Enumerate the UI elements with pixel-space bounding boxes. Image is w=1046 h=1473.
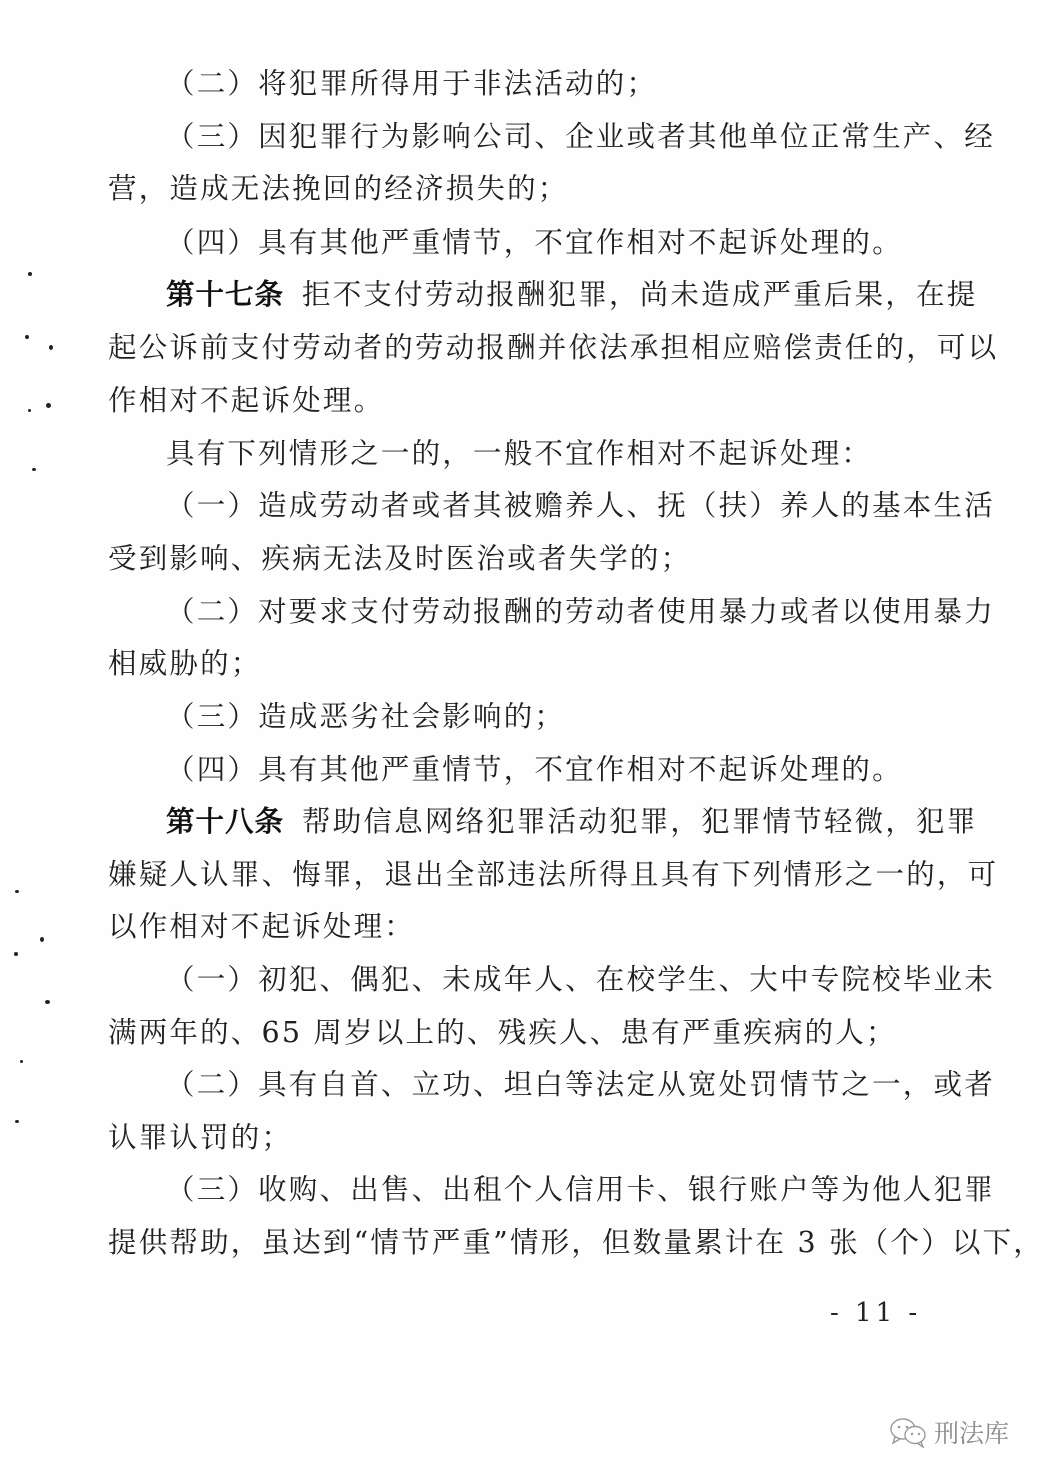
text-line: （二）将犯罪所得用于非法活动的；: [166, 66, 1006, 102]
line-text: 帮助信息网络犯罪活动犯罪，犯罪情节轻微，犯罪: [302, 805, 977, 838]
scan-speck: [32, 468, 36, 471]
text-line: （二）具有自首、立功、坦白等法定从宽处罚情节之一，或者: [166, 1067, 1006, 1103]
scan-speck: [28, 409, 31, 412]
text-line: 认罪认罚的；: [108, 1120, 948, 1156]
line-text: 起公诉前支付劳动者的劳动报酬并依法承担相应赔偿责任的，可以: [108, 331, 998, 364]
article-paragraph-line: 第十七条拒不支付劳动报酬犯罪，尚未造成严重后果，在提: [166, 277, 1006, 313]
page-number: - 11 -: [830, 1298, 921, 1328]
line-text: 认罪认罚的；: [108, 1121, 292, 1154]
text-line: 作相对不起诉处理。: [108, 383, 948, 419]
scan-speck: [20, 1060, 23, 1063]
text-line: （四）具有其他严重情节，不宜作相对不起诉处理的。: [166, 752, 1006, 788]
text-line: 营，造成无法挽回的经济损失的；: [108, 171, 948, 207]
text-line: （三）收购、出售、出租个人信用卡、银行账户等为他人犯罪: [166, 1172, 1006, 1208]
line-text: 满两年的、65 周岁以上的、残疾人、患有严重疾病的人；: [108, 1016, 897, 1049]
watermark: 刑法库: [888, 1414, 1009, 1450]
scan-speck: [40, 937, 44, 942]
text-line: （二）对要求支付劳动报酬的劳动者使用暴力或者以使用暴力: [166, 594, 1006, 630]
text-line: （三）造成恶劣社会影响的；: [166, 699, 1006, 735]
line-text: 作相对不起诉处理。: [108, 384, 384, 417]
line-text: （三）造成恶劣社会影响的；: [166, 700, 565, 733]
article-title: 第十八条: [166, 805, 284, 838]
scan-speck: [46, 403, 51, 408]
text-line: 相威胁的；: [108, 646, 948, 682]
scan-speck: [49, 345, 53, 350]
scan-speck: [28, 272, 32, 276]
watermark-label: 刑法库: [934, 1414, 1009, 1450]
text-line: 受到影响、疾病无法及时医治或者失学的；: [108, 541, 948, 577]
scan-speck: [15, 890, 19, 893]
line-text: （一）造成劳动者或者其被赡养人、抚（扶）养人的基本生活: [166, 489, 995, 522]
document-page: （二）将犯罪所得用于非法活动的；（三）因犯罪行为影响公司、企业或者其他单位正常生…: [0, 0, 1046, 1473]
scan-speck: [15, 1120, 19, 1123]
text-line: 满两年的、65 周岁以上的、残疾人、患有严重疾病的人；: [108, 1015, 948, 1051]
text-line: （一）造成劳动者或者其被赡养人、抚（扶）养人的基本生活: [166, 488, 1006, 524]
article-title: 第十七条: [166, 278, 284, 311]
line-text: （三）因犯罪行为影响公司、企业或者其他单位正常生产、经: [166, 120, 995, 153]
text-line: 提供帮助，虽达到“情节严重”情形，但数量累计在 3 张（个）以下，: [108, 1225, 948, 1261]
line-text: （四）具有其他严重情节，不宜作相对不起诉处理的。: [166, 226, 903, 259]
line-text: （二）将犯罪所得用于非法活动的；: [166, 67, 657, 100]
line-text: （三）收购、出售、出租个人信用卡、银行账户等为他人犯罪: [166, 1173, 995, 1206]
wechat-icon: [888, 1416, 928, 1448]
line-text: 营，造成无法挽回的经济损失的；: [108, 172, 569, 205]
text-line: （一）初犯、偶犯、未成年人、在校学生、大中专院校毕业未: [166, 962, 1006, 998]
line-text: 拒不支付劳动报酬犯罪，尚未造成严重后果，在提: [302, 278, 977, 311]
text-line: 以作相对不起诉处理：: [108, 909, 948, 945]
line-text: （二）具有自首、立功、坦白等法定从宽处罚情节之一，或者: [166, 1068, 995, 1101]
text-line: 嫌疑人认罪、悔罪，退出全部违法所得且具有下列情形之一的，可: [108, 857, 948, 893]
line-text: （四）具有其他严重情节，不宜作相对不起诉处理的。: [166, 753, 903, 786]
line-text: 受到影响、疾病无法及时医治或者失学的；: [108, 542, 691, 575]
line-text: 相威胁的；: [108, 647, 262, 680]
scan-speck: [14, 952, 18, 956]
scan-speck: [25, 335, 29, 339]
text-line: 起公诉前支付劳动者的劳动报酬并依法承担相应赔偿责任的，可以: [108, 330, 948, 366]
text-line: （三）因犯罪行为影响公司、企业或者其他单位正常生产、经: [166, 119, 1006, 155]
text-line: （四）具有其他严重情节，不宜作相对不起诉处理的。: [166, 225, 1006, 261]
line-text: 具有下列情形之一的，一般不宜作相对不起诉处理：: [166, 437, 872, 470]
text-line: 具有下列情形之一的，一般不宜作相对不起诉处理：: [166, 436, 1006, 472]
line-text: （二）对要求支付劳动报酬的劳动者使用暴力或者以使用暴力: [166, 595, 995, 628]
scan-speck: [45, 1000, 50, 1004]
article-paragraph-line: 第十八条帮助信息网络犯罪活动犯罪，犯罪情节轻微，犯罪: [166, 804, 1006, 840]
line-text: 以作相对不起诉处理：: [108, 910, 415, 943]
line-text: 提供帮助，虽达到“情节严重”情形，但数量累计在 3 张（个）以下，: [108, 1226, 1044, 1259]
line-text: （一）初犯、偶犯、未成年人、在校学生、大中专院校毕业未: [166, 963, 995, 996]
line-text: 嫌疑人认罪、悔罪，退出全部违法所得且具有下列情形之一的，可: [108, 858, 998, 891]
